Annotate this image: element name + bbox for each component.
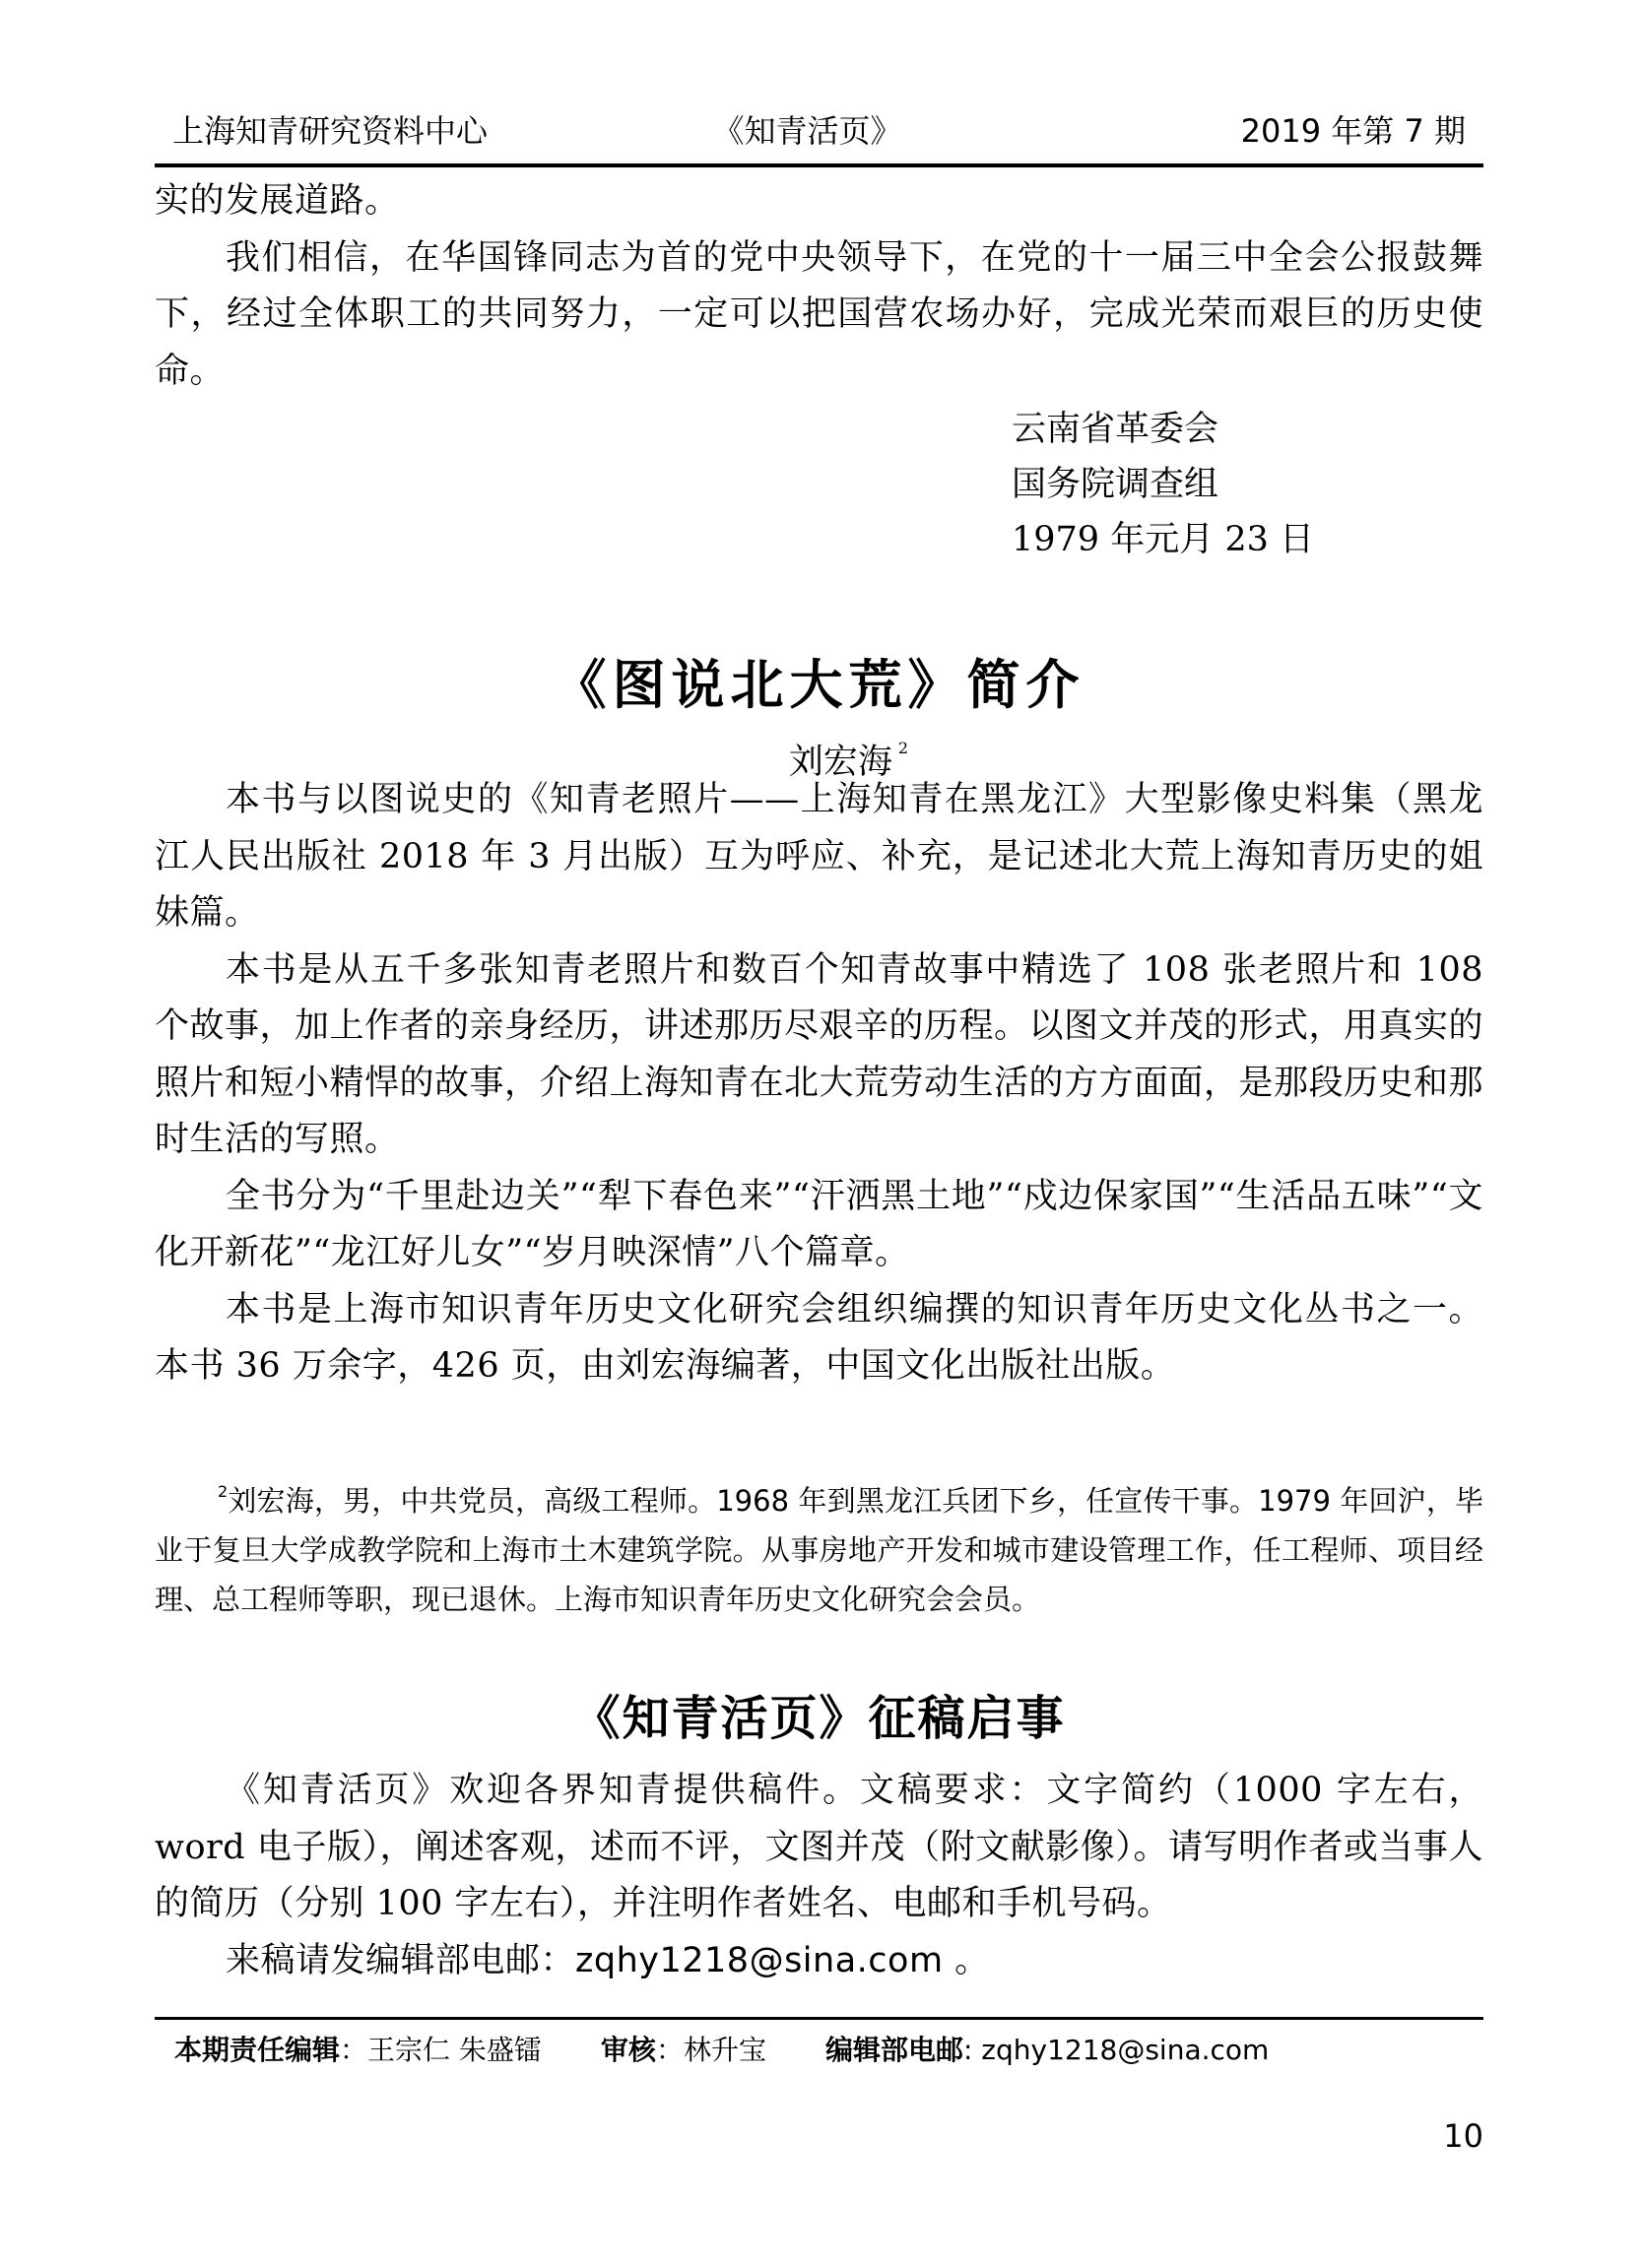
email-label: 编辑部电邮 xyxy=(825,2034,963,2066)
signature-org-1: 云南省革委会 xyxy=(1012,402,1314,457)
article-title: 《图说北大荒》简介 xyxy=(155,645,1483,724)
footer-email[interactable]: : zqhy1218@sina.com xyxy=(963,2034,1269,2066)
footnote-text: 刘宏海，男，中共党员，高级工程师。1968 年到黑龙江兵团下乡，任宣传干事。19… xyxy=(155,1484,1483,1616)
article-paragraph-4: 本书是上海市知识青年历史文化研究会组织编撰的知识青年历史文化丛书之一。本书 36… xyxy=(155,1282,1483,1395)
editor-names: ：王宗仁 朱盛镭 xyxy=(340,2034,542,2066)
previous-article-tail: 实的发展道路。 我们相信，在华国锋同志为首的党中央领导下，在党的十一届三中全会公… xyxy=(155,173,1483,400)
notice-body: 《知青活页》欢迎各界知青提供稿件。文稿要求：文字简约（1000 字左右，word… xyxy=(155,1763,1483,1989)
author-footnote: 2刘宏海，男，中共党员，高级工程师。1968 年到黑龙江兵团下乡，任宣传干事。1… xyxy=(155,1467,1483,1624)
page-number: 10 xyxy=(1443,2117,1483,2155)
continuation-text: 实的发展道路。 xyxy=(155,173,1483,230)
header-issue: 2019 年第 7 期 xyxy=(1241,106,1466,156)
running-header: 上海知青研究资料中心 《知青活页》 2019 年第 7 期 xyxy=(155,106,1483,156)
author-footnote-mark[interactable]: 2 xyxy=(898,739,908,757)
review-label: 审核 xyxy=(601,2034,656,2066)
editor-label: 本期责任编辑 xyxy=(174,2034,340,2066)
notice-submit-line: 来稿请发编辑部电邮：zqhy1218@sina.com 。 xyxy=(155,1933,1483,1990)
masthead-footer: 本期责任编辑：王宗仁 朱盛镭审核：林升宝编辑部电邮: zqhy1218@sina… xyxy=(174,2029,1494,2072)
article-paragraph-1: 本书与以图说史的《知青老照片——上海知青在黑龙江》大型影像史料集（黑龙江人民出版… xyxy=(155,772,1483,942)
article-paragraph-2: 本书是从五千多张知青老照片和数百个知青故事中精选了 108 张老照片和 108 … xyxy=(155,942,1483,1169)
signature-date: 1979 年元月 23 日 xyxy=(1012,512,1314,567)
signature-org-2: 国务院调查组 xyxy=(1012,457,1314,512)
submit-email-link[interactable]: zqhy1218@sina.com xyxy=(575,1941,944,1980)
article-body: 本书与以图说史的《知青老照片——上海知青在黑龙江》大型影像史料集（黑龙江人民出版… xyxy=(155,772,1483,1395)
submit-label: 来稿请发编辑部电邮： xyxy=(226,1941,575,1980)
header-rule xyxy=(155,163,1483,167)
footnote-mark: 2 xyxy=(218,1482,228,1501)
notice-paragraph: 《知青活页》欢迎各界知青提供稿件。文稿要求：文字简约（1000 字左右，word… xyxy=(155,1763,1483,1933)
article-paragraph-3: 全书分为“千里赴边关”“犁下春色来”“汗洒黑土地”“戍边保家国”“生活品五味”“… xyxy=(155,1169,1483,1282)
signature-block: 云南省革委会 国务院调查组 1979 年元月 23 日 xyxy=(1012,402,1314,567)
review-name: ：林升宝 xyxy=(656,2034,766,2066)
notice-title: 《知青活页》征稿启事 xyxy=(155,1684,1483,1753)
closing-paragraph: 我们相信，在华国锋同志为首的党中央领导下，在党的十一届三中全会公报鼓舞下，经过全… xyxy=(155,230,1483,401)
footer-rule xyxy=(155,2017,1483,2020)
